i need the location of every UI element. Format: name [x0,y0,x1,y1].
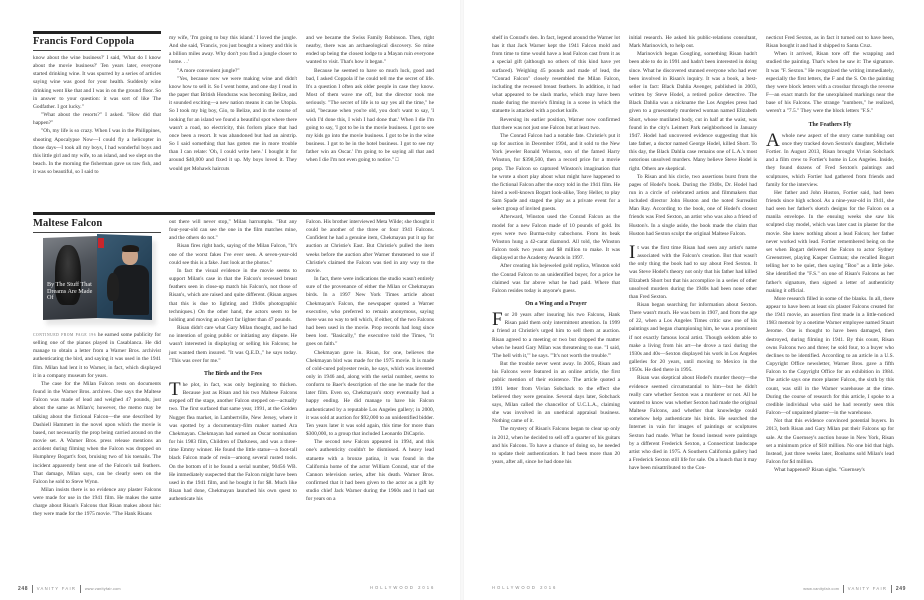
falcon-column-4: shelf in Conrad's den. In fact, legend a… [492,34,620,466]
paragraph: my wife, 'I'm going to buy this island.'… [169,34,297,67]
left-folio: 248VANITY FAIRwww.vanityfair.com [18,585,121,593]
falcon-column-1: CONTINUED FROM PAGE 196 he earned some p… [33,331,161,519]
magazine-name: VANITY FAIR [848,586,888,591]
paragraph: In fact, there were indications the stud… [306,275,434,348]
paragraph: The Conrad Falcon had a notable fate. Ch… [492,132,620,214]
continued-label: CONTINUED FROM PAGE 196 [33,333,96,337]
paragraph: A whole new aspect of the story came tum… [766,132,894,189]
paragraph: initial research. He asked his public-re… [629,34,757,50]
paragraph: Risan was skeptical about Hodel's murder… [629,374,757,472]
magazine-url[interactable]: www.vanityfair.com [803,587,839,591]
title-underline [33,50,161,51]
dropcap: T [169,382,181,397]
right-folio: www.vanityfair.comVANITY FAIR249 [803,585,906,593]
coppola-column-1: know about the wine business?' I said, '… [33,54,161,176]
dropcap: I [629,245,635,260]
section-rule [33,31,161,34]
left-page: Francis Ford Coppola know about the wine… [0,0,462,600]
section-rule [33,212,435,215]
falcon-column-5: initial research. He asked his public-re… [629,34,757,472]
magazine-spread-image: By The Stuff That Dreams Are Made Of [43,237,155,325]
page-number: 249 [896,586,906,592]
section-title-coppola: Francis Ford Coppola [33,36,134,47]
paragraph: To Risan and his circle, two assertions … [629,173,757,238]
paragraph: Her father and John Huston, Fortier said… [766,189,894,295]
running-footer: HOLLYWOOD 2016 [370,585,435,590]
paragraph: Marinovich began Googling, something Ris… [629,50,757,172]
paragraph: Chekmayan gave in. Risan, for one, belie… [306,349,434,439]
paragraph: When it arrived, Risan tore off the wrap… [766,50,894,115]
paragraph: CONTINUED FROM PAGE 196 he earned some p… [33,331,161,380]
paragraph: Because he seemed to have so much luck, … [306,67,434,165]
subhead-feathers-fly: The Feathers Fly [766,121,894,129]
paragraph: Risan fires right back, saying of the Mi… [169,242,297,266]
paragraph: out there will never stop," Milan harrum… [169,218,297,242]
dropcap: F [492,312,503,327]
right-page: shelf in Conrad's den. In fact, legend a… [462,0,924,600]
subhead-wing-and-prayer: On a Wing and a Prayer [492,300,620,308]
page-number: 248 [18,586,28,592]
coppola-column-3: and we became the Swiss Family Robinson.… [306,34,434,165]
section-title-falcon: Maltese Falcon [33,218,102,229]
paragraph: The second new Falcon appeared in 1994, … [306,438,434,503]
running-footer: HOLLYWOOD 2016 [492,585,557,590]
title-underline [33,232,161,233]
subhead-birds-and-fees: The Birds and the Fees [169,370,297,378]
paragraph: Risan began searching for information ab… [629,301,757,374]
paragraph: shelf in Conrad's den. In fact, legend a… [492,34,620,116]
paragraph: "Yes, because now we were making wine an… [169,75,297,173]
paragraph: Not that this evidence convinced potenti… [766,417,894,466]
paragraph: know about the wine business?' I said, '… [33,54,161,111]
paragraph: necticut Fred Sexton, as in fact it turn… [766,34,894,50]
paragraph: In fact the visual evidence in the movie… [169,267,297,324]
falcon-column-6: necticut Fred Sexton, as in fact it turn… [766,34,894,474]
magazine-url[interactable]: www.vanityfair.com [85,587,121,591]
magazine-name: VANITY FAIR [37,586,77,591]
paragraph: Milan insists there is no evidence any p… [33,486,161,519]
paragraph: It was the first time Risan had seen any… [629,244,757,301]
paragraph: "Oh, my life is so crazy. When I was in … [33,127,161,176]
paragraph: Reversing its earlier position, Warner n… [492,116,620,132]
paragraph: "A more convenient jungle?" [169,67,297,75]
falcon-statue-held-icon [107,273,119,301]
paragraph: The plot, in fact, was only beginning to… [169,381,297,503]
paragraph: The case for the Milan Falcon rests on d… [33,380,161,486]
paragraph: For 20 years after insuring his two Falc… [492,311,620,360]
falcon-column-2: out there will never stop," Milan harrum… [169,218,297,503]
paragraph: and we became the Swiss Family Robinson.… [306,34,434,67]
paragraph: The mystery of Risan's Falcons began to … [492,425,620,466]
paragraph: After creating his bejeweled gold replic… [492,262,620,295]
paragraph: More research filled in some of the blan… [766,295,894,417]
spread-headline: By The Stuff That Dreams Are Made Of [47,282,95,302]
red-tab [98,238,104,248]
coppola-column-2: my wife, 'I'm going to buy this island.'… [169,34,297,173]
paragraph: Falcon. His brother interviewed Meta Wil… [306,218,434,275]
falcon-column-3: Falcon. His brother interviewed Meta Wil… [306,218,434,503]
paragraph: What happened? Risan sighs. "Guernsey's [766,466,894,474]
paragraph: Risan didn't care what Gary Milan though… [169,324,297,365]
dropcap: A [766,133,780,148]
paragraph: But the trouble never went away. In 2005… [492,360,620,425]
paragraph: "What about the resorts?" I asked. "How … [33,111,161,127]
paragraph: Afterward, Winston used the Conrad Falco… [492,213,620,262]
